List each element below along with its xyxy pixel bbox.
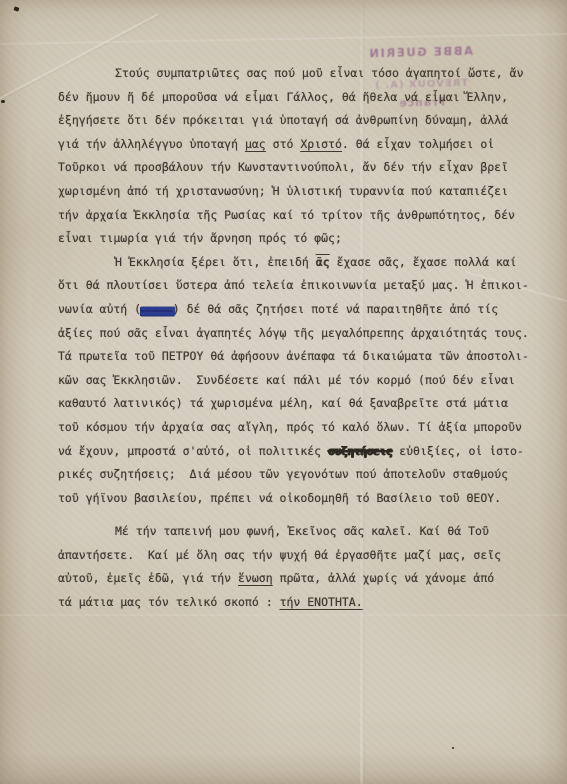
text-segment: Τοῦρκοι νά προσβάλουν τήν Κωνσταντινούπο…	[58, 160, 508, 174]
ink-speck	[1, 100, 5, 103]
text-segment: Στούς συμπατριῶτες σας πού μοῦ εἶναι τόσ…	[115, 66, 524, 80]
text-segment: ρικές συζητήσεις; Διά μέσου τῶν γεγονότω…	[58, 467, 508, 481]
text-segment: τήν ἀρχαία Ἐκκλησία τῆς Ρωσίας καί τό τρ…	[58, 208, 515, 222]
text-line: Στούς συμπατριῶτες σας πού μοῦ εἶναι τόσ…	[58, 62, 529, 86]
underlined-word: ἕνωση	[238, 571, 273, 585]
text-segment: ἔχασε σᾶς, ἔχασε πολλά καί	[330, 255, 517, 269]
text-segment: ἐξηγήσετε ὅτι δέν πρόκειται γιά ὑποταγή …	[58, 113, 508, 127]
text-line: τοῦ κόσμου τήν ἀρχαία σας αἴγλη, πρός τό…	[58, 416, 529, 440]
text-segment: εὐθιξίες, οἱ ἱστο-	[392, 444, 524, 458]
text-segment: πρῶτα, ἀλλά χωρίς νά χάνομε ἀπό	[273, 571, 495, 585]
text-segment: ) δέ θά σᾶς ζητήσει ποτέ νά παραιτηθῆτε …	[173, 302, 498, 316]
text-segment: εἶναι τιμωρία γιά τήν ἄρνηση πρός τό φῶς…	[58, 231, 342, 245]
text-line: τοῦ γήϊνου βασιλείου, πρέπει νά οἰκοδομη…	[58, 487, 529, 511]
text-line: εἶναι τιμωρία γιά τήν ἄρνηση πρός τό φῶς…	[58, 227, 529, 251]
text-segment: νά ἔχουν, μπροστά σ'αὐτό, οἱ πολιτικές	[58, 444, 328, 458]
document-page: ABBE GUERIN TREVOUX (A. ) France Στούς σ…	[0, 0, 567, 784]
pen-redacted-word: ▆▆▆▆▆▆▆	[141, 305, 173, 316]
overstruck-word: συζητήσεις	[328, 444, 392, 458]
text-line: ἀπαντήσετε. Καί μέ ὅλη σας τήν ψυχή θά ἐ…	[58, 544, 529, 568]
underlined-word: τήν ΕΝΟΤΗΤΑ.	[280, 595, 363, 609]
struck-over-word: ᾶς	[316, 255, 330, 269]
text-segment: γιά τήν ἀλληλέγγυο ὑποταγή	[58, 137, 245, 151]
text-line: ρικές συζητήσεις; Διά μέσου τῶν γεγονότω…	[58, 463, 529, 487]
text-segment: Ἡ Ἐκκλησία ξέρει ὅτι, ἐπειδή	[115, 255, 316, 269]
text-segment: χωρισμένη ἀπό τή χριστανωσύνη; Ἡ ὑλιστικ…	[58, 184, 508, 198]
text-line: τήν ἀρχαία Ἐκκλησία τῆς Ρωσίας καί τό τρ…	[58, 204, 529, 228]
text-line: ἐξηγήσετε ὅτι δέν πρόκειται γιά ὑποταγή …	[58, 109, 529, 133]
typed-text: Στούς συμπατριῶτες σας πού μοῦ εἶναι τόσ…	[58, 62, 529, 615]
text-segment: τοῦ κόσμου τήν ἀρχαία σας αἴγλη, πρός τό…	[58, 420, 522, 434]
text-segment: στό	[266, 137, 301, 151]
text-segment: τοῦ γήϊνου βασιλείου, πρέπει νά οἰκοδομη…	[58, 491, 501, 505]
text-line: Μέ τήν ταπεινή μου φωνή, Ἐκεῖνος σᾶς καλ…	[58, 520, 529, 544]
text-segment: τά μάτια μας τόν τελικό σκοπό :	[58, 595, 280, 609]
text-segment: ὅτι θά πλουτίσει ὕστερα ἀπό τελεία ἐπικο…	[58, 278, 529, 292]
text-segment: . Θά εἶχαν τολμήσει οἱ	[342, 137, 494, 151]
text-segment: ἀπαντήσετε. Καί μέ ὅλη σας τήν ψυχή θά ἐ…	[58, 548, 501, 562]
text-line: ὅτι θά πλουτίσει ὕστερα ἀπό τελεία ἐπικο…	[58, 274, 529, 298]
text-line: νωνία αὐτή (▆▆▆▆▆▆▆) δέ θά σᾶς ζητήσει π…	[58, 298, 529, 322]
text-line: αὐτοῦ, ἐμεῖς ἐδῶ, γιά τήν ἕνωση πρῶτα, ἀ…	[58, 567, 529, 591]
text-line: τά μάτια μας τόν τελικό σκοπό : τήν ΕΝΟΤ…	[58, 591, 529, 615]
text-line: δέν ἤμουν ἤ δέ μποροῦσα νά εἶμαι Γάλλος,…	[58, 86, 529, 110]
underlined-word: μας	[245, 137, 266, 151]
stamp-line-name: ABBE GUERIN	[347, 44, 493, 61]
text-segment: καθαυτό λατινικός) τά χωρισμένα μέλη, κα…	[58, 396, 508, 410]
text-segment: Τά πρωτεῖα τοῦ ΠΕΤΡΟΥ θά ἀφήσουν ἀνέπαφα…	[58, 349, 529, 363]
text-segment: ἀξίες πού σᾶς εἶναι ἀγαπητές λόγῳ τῆς με…	[58, 326, 529, 340]
underlined-word: Χριστό	[300, 137, 342, 151]
text-segment: αὐτοῦ, ἐμεῖς ἐδῶ, γιά τήν	[58, 571, 238, 585]
text-line: γιά τήν ἀλληλέγγυο ὑποταγή μας στό Χριστ…	[58, 133, 529, 157]
text-segment: δέν ἤμουν ἤ δέ μποροῦσα νά εἶμαι Γάλλος,…	[58, 90, 508, 104]
paper-crease-horizontal-1	[0, 33, 567, 45]
text-line: Τοῦρκοι νά προσβάλουν τήν Κωνσταντινούπο…	[58, 156, 529, 180]
text-segment: κῶν σας Ἐκκλησιῶν. Συνδέσετε καί πάλι μέ…	[58, 373, 515, 387]
text-line: Ἡ Ἐκκλησία ξέρει ὅτι, ἐπειδή ᾶς ἔχασε σᾶ…	[58, 251, 529, 275]
text-line: καθαυτό λατινικός) τά χωρισμένα μέλη, κα…	[58, 392, 529, 416]
text-line: νά ἔχουν, μπροστά σ'αὐτό, οἱ πολιτικές σ…	[58, 440, 529, 464]
ink-speck	[452, 747, 454, 749]
text-line: κῶν σας Ἐκκλησιῶν. Συνδέσετε καί πάλι μέ…	[58, 369, 529, 393]
text-segment: νωνία αὐτή (	[58, 302, 141, 316]
text-line: ἀξίες πού σᾶς εἶναι ἀγαπητές λόγῳ τῆς με…	[58, 322, 529, 346]
text-line: χωρισμένη ἀπό τή χριστανωσύνη; Ἡ ὑλιστικ…	[58, 180, 529, 204]
ink-speck	[13, 6, 19, 11]
text-segment: Μέ τήν ταπεινή μου φωνή, Ἐκεῖνος σᾶς καλ…	[115, 524, 489, 538]
text-line: Τά πρωτεῖα τοῦ ΠΕΤΡΟΥ θά ἀφήσουν ἀνέπαφα…	[58, 345, 529, 369]
